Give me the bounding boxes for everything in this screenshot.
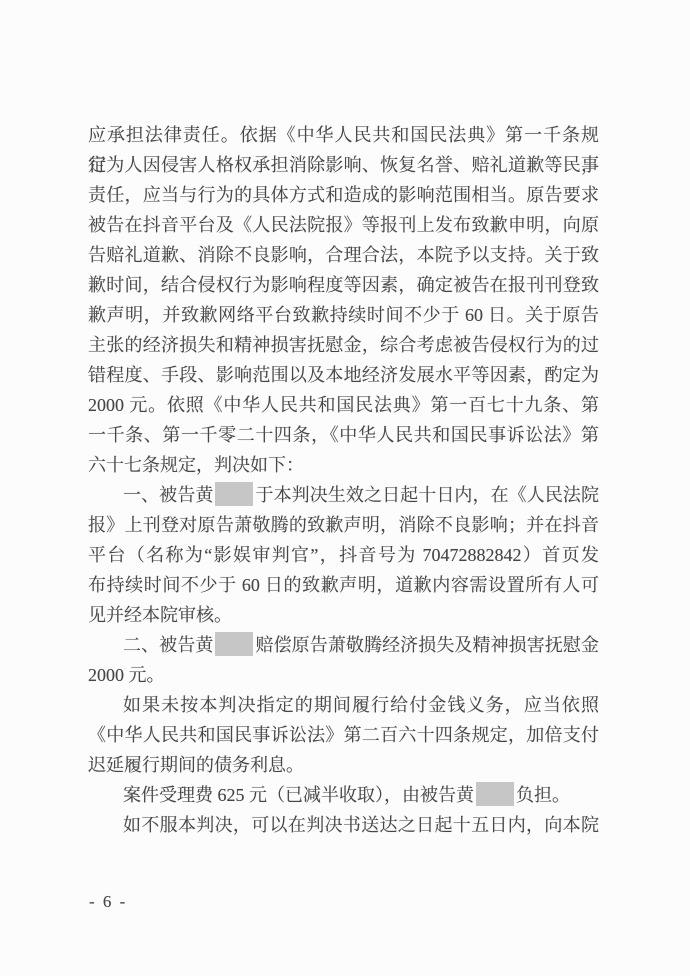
text-line: 被告在抖音平台及《人民法院报》等报刊上发布致歉申明，向原 bbox=[88, 210, 599, 240]
text-segment: 于本判决生效之日起十日内，在《人民法院 bbox=[255, 485, 599, 505]
redacted-name-box bbox=[476, 782, 514, 806]
text-segment: 主张的经济损失和精神损害抚慰金，综合考虑被告侵权行为的过 bbox=[88, 335, 599, 355]
text-segment: 2000 元。 bbox=[88, 665, 165, 685]
text-segment: 赔偿原告萧敬腾经济损失及精神损害抚慰金 bbox=[255, 635, 599, 655]
text-segment: 布持续时间不少于 60 日的致歉声明，道歉内容需设置所有人可 bbox=[88, 575, 599, 595]
judgment-document-page: 应承担法律责任。依据《中华人民共和国民法典》第一千条规定，行为人因侵害人格权承担… bbox=[0, 0, 690, 976]
text-segment: 责任，应当与行为的具体方式和造成的影响范围相当。原告要求 bbox=[88, 185, 599, 205]
text-segment: 歉时间，结合侵权行为影响程度等因素，确定被告在报刊刊登致 bbox=[88, 275, 599, 295]
text-segment: 歉声明，并致歉网络平台致歉持续时间不少于 60 日。关于原告 bbox=[88, 305, 599, 325]
text-line: 平台（名称为“影娱审判官”，抖音号为 70472882842）首页发 bbox=[88, 540, 599, 570]
text-segment: 一、被告黄 bbox=[123, 485, 213, 505]
text-line: 告赔礼道歉、消除不良影响，合理合法，本院予以支持。关于致 bbox=[88, 240, 599, 270]
text-line: 行为人因侵害人格权承担消除影响、恢复名誉、赔礼道歉等民事 bbox=[88, 150, 599, 180]
text-line: 错程度、手段、影响范围以及本地经济发展水平等因素，酌定为 bbox=[88, 360, 599, 390]
text-segment: 迟延履行期间的债务利息。 bbox=[88, 755, 304, 775]
text-line: 歉声明，并致歉网络平台致歉持续时间不少于 60 日。关于原告 bbox=[88, 300, 599, 330]
text-line: 六十七条规定，判决如下： bbox=[88, 450, 599, 480]
text-segment: 错程度、手段、影响范围以及本地经济发展水平等因素，酌定为 bbox=[88, 365, 599, 385]
text-segment: 一千条、第一千零二十四条，《中华人民共和国民事诉讼法》第 bbox=[88, 425, 599, 445]
text-line: 主张的经济损失和精神损害抚慰金，综合考虑被告侵权行为的过 bbox=[88, 330, 599, 360]
text-segment: 案件受理费 625 元（已减半收取），由被告黄 bbox=[123, 785, 474, 805]
text-line: 报》上刊登对原告萧敬腾的致歉声明，消除不良影响；并在抖音 bbox=[88, 510, 599, 540]
text-line: 歉时间，结合侵权行为影响程度等因素，确定被告在报刊刊登致 bbox=[88, 270, 599, 300]
text-line: 2000 元。 bbox=[88, 660, 599, 690]
text-segment: 《中华人民共和国民事诉讼法》第二百六十四条规定，加倍支付 bbox=[88, 725, 599, 745]
judgment-text-body: 应承担法律责任。依据《中华人民共和国民法典》第一千条规定，行为人因侵害人格权承担… bbox=[88, 120, 599, 840]
text-segment: 平台（名称为“影娱审判官”，抖音号为 70472882842）首页发 bbox=[88, 545, 599, 565]
text-segment: 二、被告黄 bbox=[123, 635, 213, 655]
text-line: 如不服本判决，可以在判决书送达之日起十五日内，向本院 bbox=[88, 810, 599, 840]
text-line: 见并经本院审核。 bbox=[88, 600, 599, 630]
text-segment: 如不服本判决，可以在判决书送达之日起十五日内，向本院 bbox=[123, 815, 599, 835]
text-line: 《中华人民共和国民事诉讼法》第二百六十四条规定，加倍支付 bbox=[88, 720, 599, 750]
text-line: 迟延履行期间的债务利息。 bbox=[88, 750, 599, 780]
page-number: - 6 - bbox=[89, 892, 127, 912]
text-segment: 告赔礼道歉、消除不良影响，合理合法，本院予以支持。关于致 bbox=[88, 245, 599, 265]
text-line: 责任，应当与行为的具体方式和造成的影响范围相当。原告要求 bbox=[88, 180, 599, 210]
text-line: 布持续时间不少于 60 日的致歉声明，道歉内容需设置所有人可 bbox=[88, 570, 599, 600]
text-line: 一、被告黄于本判决生效之日起十日内，在《人民法院 bbox=[88, 480, 599, 510]
text-segment: 负担。 bbox=[516, 785, 570, 805]
text-line: 如果未按本判决指定的期间履行给付金钱义务，应当依照 bbox=[88, 690, 599, 720]
text-line: 应承担法律责任。依据《中华人民共和国民法典》第一千条规定， bbox=[88, 120, 599, 150]
text-segment: 见并经本院审核。 bbox=[88, 605, 232, 625]
text-line: 一千条、第一千零二十四条，《中华人民共和国民事诉讼法》第 bbox=[88, 420, 599, 450]
text-segment: 六十七条规定，判决如下： bbox=[88, 455, 304, 475]
redacted-name-box bbox=[215, 632, 253, 656]
text-line: 2000 元。依照《中华人民共和国民法典》第一百七十九条、第 bbox=[88, 390, 599, 420]
text-line: 案件受理费 625 元（已减半收取），由被告黄负担。 bbox=[88, 780, 599, 810]
text-segment: 被告在抖音平台及《人民法院报》等报刊上发布致歉申明，向原 bbox=[88, 215, 599, 235]
text-segment: 如果未按本判决指定的期间履行给付金钱义务，应当依照 bbox=[123, 695, 599, 715]
redacted-name-box bbox=[215, 482, 253, 506]
text-line: 二、被告黄赔偿原告萧敬腾经济损失及精神损害抚慰金 bbox=[88, 630, 599, 660]
text-segment: 报》上刊登对原告萧敬腾的致歉声明，消除不良影响；并在抖音 bbox=[88, 515, 599, 535]
text-segment: 2000 元。依照《中华人民共和国民法典》第一百七十九条、第 bbox=[88, 395, 599, 415]
text-segment: 行为人因侵害人格权承担消除影响、恢复名誉、赔礼道歉等民事 bbox=[88, 155, 599, 175]
